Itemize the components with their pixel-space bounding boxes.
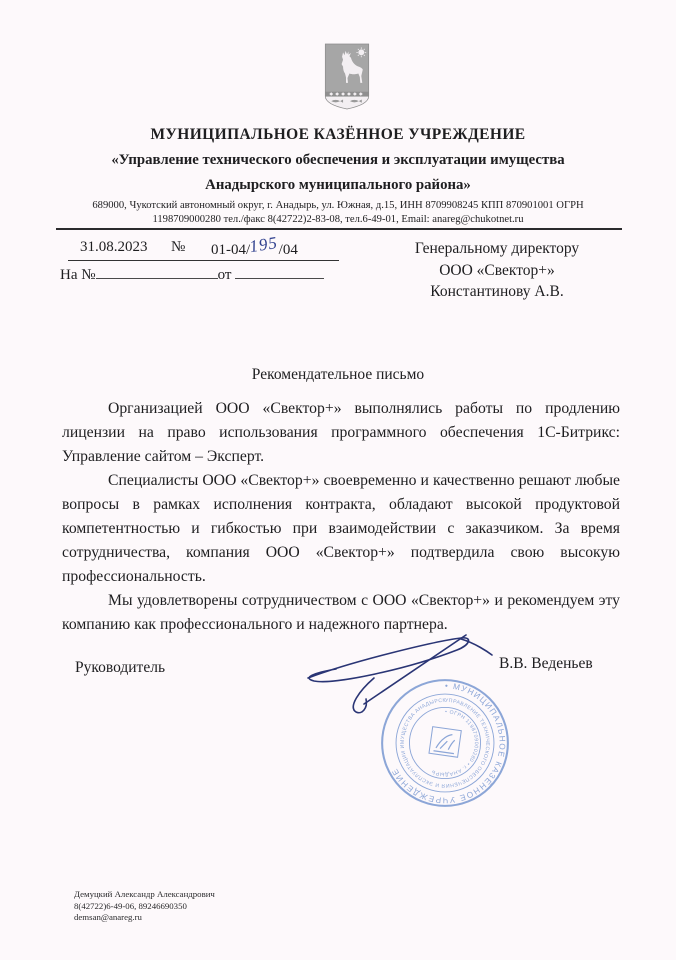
requisites-line-2: 1198709000280 тел./факс 8(42722)2-83-08,…: [40, 213, 636, 227]
addressee-name: Константинову А.В.: [374, 281, 620, 303]
number-sign: №: [171, 239, 185, 256]
addressee-company: ООО «Свектор+»: [374, 260, 620, 282]
org-name-line-2: Анадырского муниципального района»: [0, 177, 676, 194]
executor-name: Демуцкий Александр Александрович: [74, 889, 215, 901]
official-stamp-icon: • МУНИЦИПАЛЬНОЕ КАЗЁННОЕ УЧРЕЖДЕНИЕ УПРА…: [378, 676, 512, 810]
org-name-line-1: «Управление технического обеспечения и э…: [0, 152, 676, 169]
body-paragraph-2: Специалисты ООО «Свектор+» своевременно …: [62, 469, 620, 589]
outgoing-reference-line: 31.08.2023 № 01-04/195/04: [68, 239, 339, 261]
reply-reference-line: На №от: [60, 263, 324, 284]
letter-page: МУНИЦИПАЛЬНОЕ КАЗЁННОЕ УЧРЕЖДЕНИЕ «Управ…: [0, 0, 676, 960]
letterhead-divider: [56, 228, 622, 230]
signer-name: В.В. Веденьев: [499, 655, 593, 673]
coat-of-arms-icon: [322, 41, 372, 110]
letter-body: Организацией ООО «Свектор+» выполнялись …: [62, 397, 620, 637]
letter-date: 31.08.2023: [80, 239, 148, 256]
letter-number-prefix: 01-04/: [211, 242, 250, 258]
reply-date-blank: [235, 263, 324, 279]
requisites-line-1: 689000, Чукотский автономный округ, г. А…: [40, 199, 636, 213]
addressee-position: Генеральному директору: [374, 238, 620, 260]
letter-number-suffix: /04: [279, 242, 298, 258]
executor-email: demsan@anareg.ru: [74, 912, 215, 924]
executor-block: Демуцкий Александр Александрович 8(42722…: [74, 889, 215, 924]
letter-number: 01-04/195/04: [211, 239, 298, 259]
reply-number-blank: [96, 263, 218, 279]
letter-number-handwritten: 195: [248, 233, 279, 257]
signer-position: Руководитель: [75, 659, 165, 677]
addressee-block: Генеральному директору ООО «Свектор+» Ко…: [374, 238, 620, 303]
executor-phones: 8(42722)6-49-06, 89246690350: [74, 901, 215, 913]
letter-title: Рекомендательное письмо: [0, 366, 676, 384]
org-type-line: МУНИЦИПАЛЬНОЕ КАЗЁННОЕ УЧРЕЖДЕНИЕ: [0, 126, 676, 144]
letterhead-requisites: 689000, Чукотский автономный округ, г. А…: [40, 199, 636, 226]
reply-label: На №: [60, 267, 96, 283]
reply-from-label: от: [218, 267, 232, 283]
body-paragraph-1: Организацией ООО «Свектор+» выполнялись …: [62, 397, 620, 469]
